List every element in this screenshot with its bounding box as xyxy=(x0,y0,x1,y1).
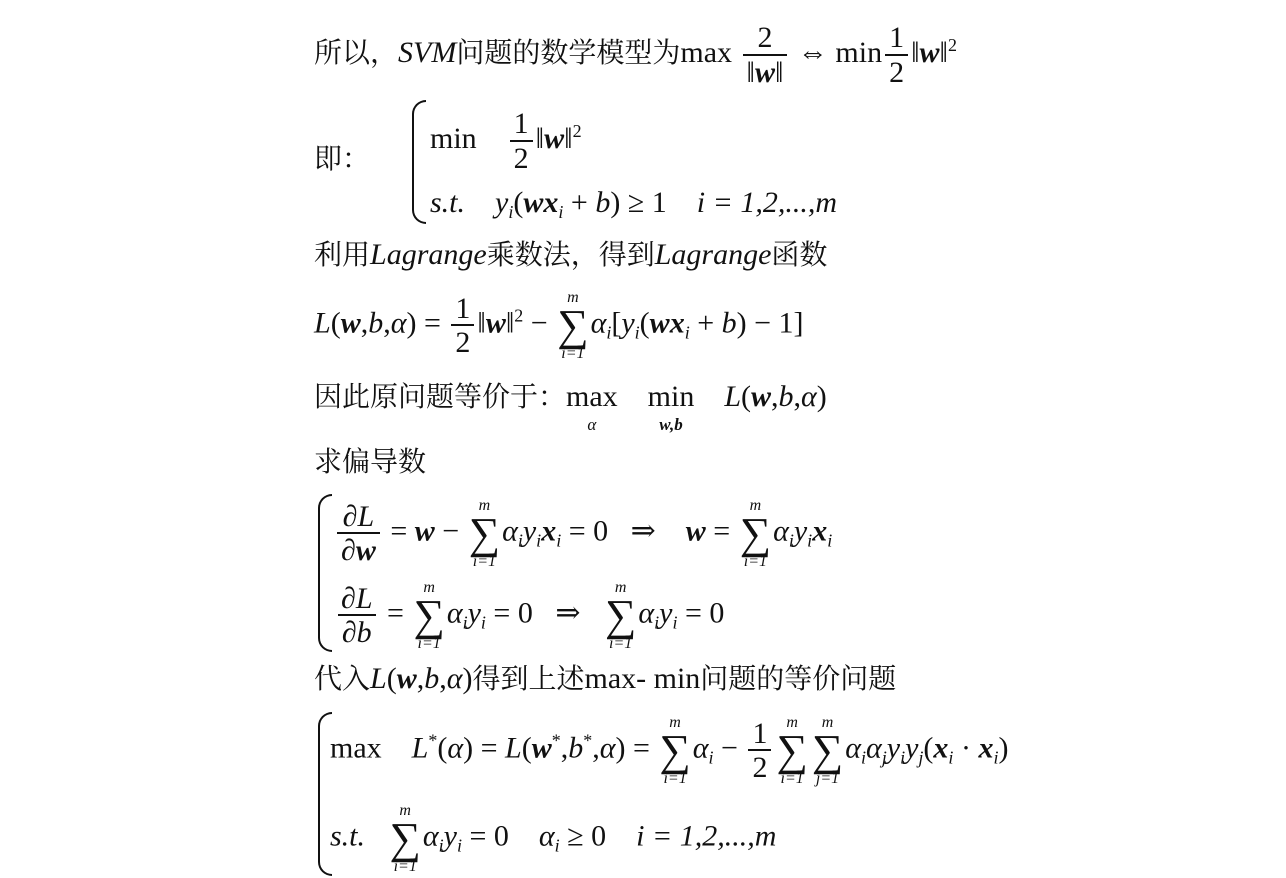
sigma: ∑ xyxy=(605,596,636,636)
primal-constraint: s.t. yi(wxi + b) ≥ 1 i = 1,2,...,m xyxy=(430,188,837,221)
numerator: 1 xyxy=(451,293,474,325)
lower: i=1 xyxy=(473,554,496,570)
L: L xyxy=(370,662,387,695)
dual-intro: 代入L(w,b,α)得到上述max- min问题的等价问题 xyxy=(314,664,896,694)
y: y xyxy=(495,186,508,219)
ji-label: 即： xyxy=(314,145,370,173)
ge-one: ≥ 1 xyxy=(628,186,667,219)
w: w xyxy=(544,122,564,155)
lower: i=1 xyxy=(561,346,584,362)
alpha: α xyxy=(391,307,407,340)
exponent: 2 xyxy=(948,35,957,55)
L: L xyxy=(356,582,373,615)
sigma: ∑ xyxy=(659,731,690,771)
minus: − xyxy=(531,307,548,340)
lagrange-intro: 利用Lagrange乘数法，得到Lagrange函数 xyxy=(314,240,827,270)
alpha: α xyxy=(773,515,789,548)
x: x xyxy=(670,307,685,340)
sigma: ∑ xyxy=(740,514,771,554)
left-brace xyxy=(412,100,426,224)
L: L xyxy=(357,500,374,533)
x: x xyxy=(978,732,993,765)
sub-i: i xyxy=(993,748,998,768)
ge-zero: ≥ 0 xyxy=(567,820,606,853)
w: w xyxy=(341,307,361,340)
summation: m∑i=1 xyxy=(390,803,421,875)
sigma: ∑ xyxy=(390,819,421,859)
index-range: i = 1,2,...,m xyxy=(697,186,837,219)
sub-i: i xyxy=(685,323,690,343)
min-operator: minw,b xyxy=(648,382,695,433)
iff-symbol: ⇔ xyxy=(798,36,828,69)
max-min: max- min xyxy=(584,662,700,695)
w: w xyxy=(755,56,775,89)
w: w xyxy=(650,307,670,340)
svm-label: SVM xyxy=(398,36,456,69)
denominator: 2 xyxy=(885,54,908,89)
b: b xyxy=(357,616,372,649)
numerator: ∂L xyxy=(339,501,379,533)
st-label: s.t. xyxy=(330,820,365,853)
lagrange-function: L(w,b,α) = 12‖w‖2 − m∑i=1αi[yi(wxi + b) … xyxy=(314,290,804,362)
b: b xyxy=(779,380,794,413)
w: w xyxy=(686,515,706,548)
sub-i: i xyxy=(555,836,560,856)
numerator: 1 xyxy=(748,718,771,750)
denominator: 2 xyxy=(748,749,771,784)
model-intro-line: 所以，SVM问题的数学模型为max 2‖w‖ ⇔ min12‖w‖2 xyxy=(314,22,957,89)
text: 函数 xyxy=(771,238,827,271)
left-brace xyxy=(318,494,332,652)
summation: m∑j=1 xyxy=(812,715,843,787)
alpha: α xyxy=(423,820,439,853)
partial-b-row: ∂L∂b = m∑i=1αiyi = 0 ⇒ m∑i=1αiyi = 0 xyxy=(334,580,724,652)
fraction: 12 xyxy=(510,108,533,175)
exponent: 2 xyxy=(514,306,523,326)
implies: ⇒ xyxy=(631,515,656,548)
partial: ∂ xyxy=(341,582,356,615)
sub-i: i xyxy=(558,202,563,222)
numerator: ∂L xyxy=(337,583,377,615)
lower: i=1 xyxy=(394,859,417,875)
star: * xyxy=(583,731,592,751)
sub-i: i xyxy=(827,531,832,551)
numerator: 1 xyxy=(885,22,908,54)
alpha: α xyxy=(591,307,607,340)
denominator: 2 xyxy=(451,324,474,359)
text: 问题的等价问题 xyxy=(700,662,896,695)
alpha: α xyxy=(638,597,654,630)
partial: ∂ xyxy=(341,534,356,567)
st-label: s.t. xyxy=(430,186,465,219)
min-op: min xyxy=(835,36,882,69)
denominator: ∂b xyxy=(338,614,376,649)
alpha: α xyxy=(502,515,518,548)
y: y xyxy=(523,515,536,548)
w: w xyxy=(486,307,506,340)
y: y xyxy=(905,732,918,765)
sub-i: i xyxy=(508,202,513,222)
sigma: ∑ xyxy=(469,514,500,554)
text: 代入 xyxy=(314,662,370,695)
b: b xyxy=(722,307,737,340)
b: b xyxy=(424,662,439,695)
L: L xyxy=(505,732,522,765)
lower: j=1 xyxy=(816,771,839,787)
summation: m∑i=1 xyxy=(776,715,807,787)
b: b xyxy=(368,307,383,340)
fraction: ∂L∂b xyxy=(337,583,377,650)
summation: m∑i=1 xyxy=(605,580,636,652)
x: x xyxy=(543,186,558,219)
y: y xyxy=(468,597,481,630)
summation: m∑i=1 xyxy=(557,290,588,362)
text: 乘数法，得到 xyxy=(487,238,655,271)
lower: i=1 xyxy=(781,771,804,787)
fraction: 12 xyxy=(451,293,474,360)
star: * xyxy=(428,731,437,751)
b: b xyxy=(568,732,583,765)
min-op: min xyxy=(430,122,477,155)
alpha: α xyxy=(539,820,555,853)
y: y xyxy=(621,307,634,340)
fraction: 12 xyxy=(748,718,771,785)
sub-i: i xyxy=(606,323,611,343)
text: 问题的数学模型为 xyxy=(456,36,680,69)
lower: i=1 xyxy=(663,771,686,787)
lagrange: Lagrange xyxy=(655,238,772,271)
sigma: ∑ xyxy=(557,306,588,346)
max-op: max xyxy=(680,36,732,69)
index-range: i = 1,2,...,m xyxy=(636,820,776,853)
numerator: 2 xyxy=(753,22,776,54)
fraction: ∂L∂w xyxy=(337,501,380,568)
sub-i: i xyxy=(709,748,714,768)
sub-j: j xyxy=(918,748,923,768)
x: x xyxy=(812,515,827,548)
w: w xyxy=(920,36,940,69)
y: y xyxy=(659,597,672,630)
denominator: 2 xyxy=(510,140,533,175)
w: w xyxy=(356,534,376,567)
denominator: ‖w‖ xyxy=(743,54,788,89)
b: b xyxy=(595,186,610,219)
sub-i: i xyxy=(635,323,640,343)
partial-w-row: ∂L∂w = w − m∑i=1αiyixi = 0 ⇒ w = m∑i=1αi… xyxy=(334,498,832,570)
alpha: α xyxy=(801,380,817,413)
x: x xyxy=(541,515,556,548)
L: L xyxy=(314,307,331,340)
y: y xyxy=(794,515,807,548)
summation: m∑i=1 xyxy=(740,498,771,570)
max: max xyxy=(566,382,618,412)
alpha: α xyxy=(447,662,463,695)
sigma: ∑ xyxy=(812,731,843,771)
fraction: 12 xyxy=(885,22,908,89)
max-subscript: α xyxy=(587,416,596,433)
x: x xyxy=(933,732,948,765)
lower: i=1 xyxy=(744,554,767,570)
implies: ⇒ xyxy=(555,597,580,630)
sub-i: i xyxy=(672,613,677,633)
min-subscript: w,b xyxy=(659,416,682,433)
numerator: 1 xyxy=(510,108,533,140)
partial: ∂ xyxy=(343,500,358,533)
w: w xyxy=(415,515,435,548)
summation: m∑i=1 xyxy=(469,498,500,570)
L: L xyxy=(724,380,741,413)
L: L xyxy=(412,732,429,765)
partial-intro: 求偏导数 xyxy=(314,448,426,476)
lower: i=1 xyxy=(418,636,441,652)
w: w xyxy=(751,380,771,413)
w: w xyxy=(532,732,552,765)
alpha: α xyxy=(600,732,616,765)
w: w xyxy=(397,662,417,695)
sub-i: i xyxy=(556,531,561,551)
min: min xyxy=(648,382,695,412)
alpha: α xyxy=(866,732,882,765)
text: 所以， xyxy=(314,36,398,69)
summation: m∑i=1 xyxy=(413,580,444,652)
partial: ∂ xyxy=(342,616,357,649)
primal-objective: min 12‖w‖2 xyxy=(430,108,582,175)
text: 利用 xyxy=(314,238,370,271)
exponent: 2 xyxy=(573,121,582,141)
text: 因此原问题等价于： xyxy=(314,380,566,413)
sub-i: i xyxy=(481,613,486,633)
equivalence-line: 因此原问题等价于：maxα minw,b L(w,b,α) xyxy=(314,382,827,433)
summation: m∑i=1 xyxy=(659,715,690,787)
star: * xyxy=(552,731,561,751)
w: w xyxy=(523,186,543,219)
lower: i=1 xyxy=(609,636,632,652)
sigma: ∑ xyxy=(413,596,444,636)
fraction: 2‖w‖ xyxy=(743,22,788,89)
text: 得到上述 xyxy=(472,662,584,695)
sub-i: i xyxy=(457,836,462,856)
dual-constraint: s.t. m∑i=1αiyi = 0 αi ≥ 0 i = 1,2,...,m xyxy=(330,803,776,875)
alpha: α xyxy=(693,732,709,765)
sub-i: i xyxy=(948,748,953,768)
alpha: α xyxy=(447,732,463,765)
alpha: α xyxy=(845,732,861,765)
denominator: ∂w xyxy=(337,532,380,567)
max-op: max xyxy=(330,732,382,765)
sigma: ∑ xyxy=(776,731,807,771)
lagrange: Lagrange xyxy=(370,238,487,271)
alpha: α xyxy=(447,597,463,630)
y: y xyxy=(444,820,457,853)
y: y xyxy=(887,732,900,765)
dual-objective: max L*(α) = L(w*,b*,α) = m∑i=1αi − 12m∑i… xyxy=(330,715,1008,787)
max-operator: maxα xyxy=(566,382,618,433)
